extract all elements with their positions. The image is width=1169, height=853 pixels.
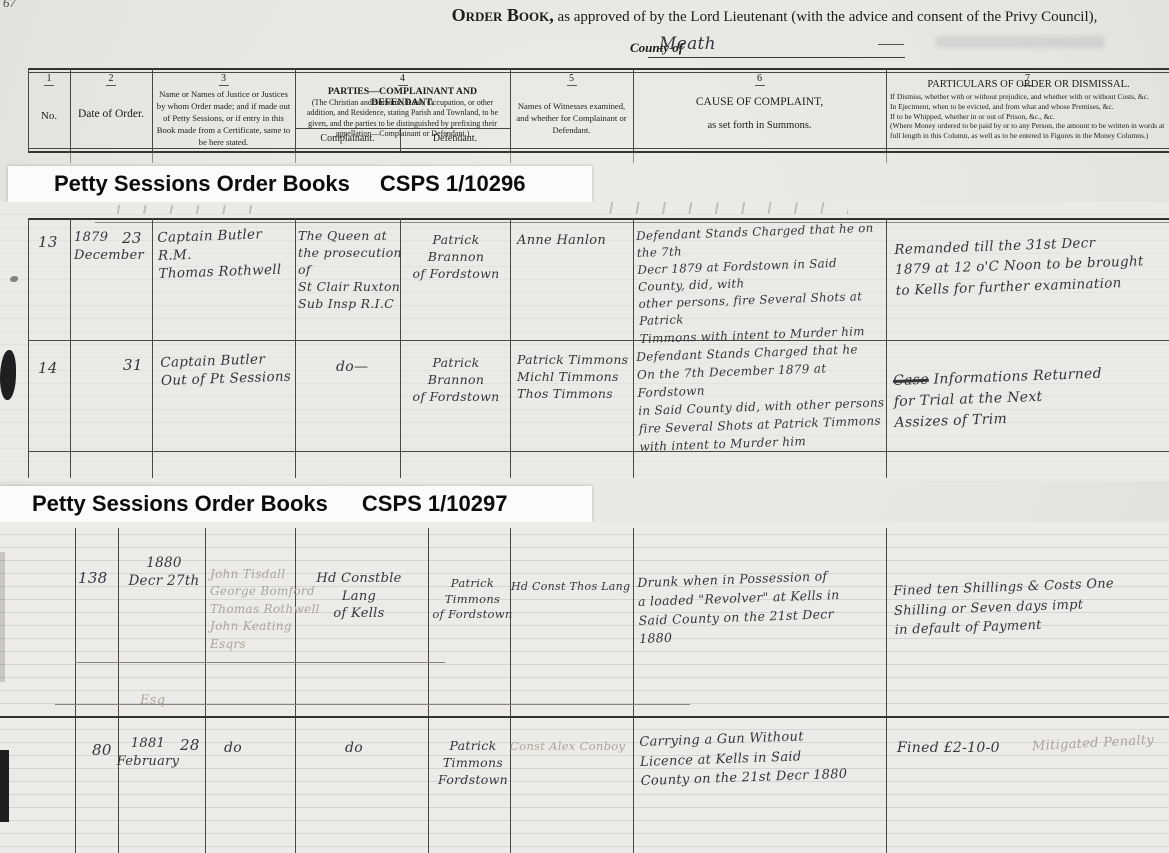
entry-cause: Defendant Stands Charged that he on the … <box>636 219 888 347</box>
entry-defendant: Patrick Timmons Fordstown <box>428 738 518 789</box>
header-col2-number: 2 <box>70 73 152 86</box>
entry-order: Fined £2-10-0 <box>897 739 1000 758</box>
grid-vline-stub <box>510 152 511 163</box>
grid-vline-stub <box>886 152 887 163</box>
header-col4-number: 4 <box>295 73 510 86</box>
grid-hline <box>0 716 1169 718</box>
entry-row-138: 138 1880 Decr 27th John Tisdall George B… <box>0 554 1169 684</box>
entry-cause: Carrying a Gun Without Licence at Kells … <box>639 724 901 792</box>
entry-justices: Captain Butler R.M. Thomas Rothwell <box>157 224 299 284</box>
order-book-scan: 67 Order Book, as approved of by the Lor… <box>0 0 1169 853</box>
entry-justices: Captain Butler Out of Pt Sessions <box>160 349 301 390</box>
entry-date-day: 31 <box>123 355 143 375</box>
handwriting-fragment <box>105 205 255 214</box>
entry-defendant: Patrick Brannon of Fordstown <box>404 355 508 406</box>
entry-no: 13 <box>38 232 58 252</box>
entry-row-13: 13 1879 December 23 Captain Butler R.M. … <box>0 224 1169 340</box>
header-col-order-desc: If Dismiss, whether with or without prej… <box>890 92 1167 141</box>
entry-no: 14 <box>38 358 58 378</box>
stray-dash <box>878 44 904 45</box>
orderbook-title-lead: Order Book, <box>452 5 554 25</box>
header-subcol-defendant: Defendant. <box>400 133 510 144</box>
entry-complainant: do <box>345 739 363 758</box>
entry-order-struck-word: Case <box>893 372 929 389</box>
entry-cause: Defendant Stands Charged that he On the … <box>636 339 890 456</box>
header-col3-number: 3 <box>152 73 295 86</box>
header-col-order-title: PARTICULARS OF ORDER OR DISMISSAL. <box>888 79 1169 90</box>
section-label: Petty Sessions Order Books <box>32 491 328 517</box>
entry-no: 138 <box>78 568 108 588</box>
entry-date-day: 23 <box>122 228 142 248</box>
orderbook-title: Order Book, as approved of by the Lord L… <box>380 5 1169 26</box>
entry-witnesses: Anne Hanlon <box>517 232 606 250</box>
county-underline <box>648 57 905 58</box>
grid-hline <box>28 68 1169 70</box>
grid-vline-stub <box>152 152 153 163</box>
entry-order: Fined ten Shillings & Costs One Shilling… <box>893 572 1169 640</box>
grid-hline <box>95 222 1169 223</box>
entry-row-80: 80 1881 February 28 do do Patrick Timmon… <box>0 730 1169 853</box>
entry-justices: do <box>224 739 242 758</box>
orderbook-title-rest: as approved of by the Lord Lieutenant (w… <box>554 9 1098 25</box>
grid-hline <box>28 151 1169 153</box>
entry-defendant: Patrick Brannon of Fordstown <box>404 232 508 283</box>
header-col-cause-title: CAUSE OF COMPLAINT, <box>633 96 886 108</box>
grid-vline-stub <box>70 152 71 163</box>
section-label: Petty Sessions Order Books <box>54 171 350 197</box>
entry-witnesses: Const Alex Conboy <box>510 739 625 755</box>
header-col6-number: 6 <box>633 73 886 86</box>
entry-no: 80 <box>92 740 112 760</box>
entry-order: Case Informations Returned for Trial at … <box>892 340 1169 434</box>
ledger-crop-10297: 138 1880 Decr 27th John Tisdall George B… <box>0 522 1169 853</box>
entry-complainant: Hd Constble Lang of Kells <box>300 570 418 623</box>
section-label-bar-10297: Petty Sessions Order Books CSPS 1/10297 <box>0 486 592 522</box>
grid-vline-stub <box>295 152 296 163</box>
entry-complainant: do— <box>336 358 368 377</box>
entry-witnesses: Hd Const Thos Lang <box>511 580 630 595</box>
page-number-note: 67 <box>3 0 16 11</box>
entry-order-note: Mitigated Penalty <box>1032 732 1155 756</box>
entry-date-day: 28 <box>180 735 200 755</box>
section-ref: CSPS 1/10297 <box>362 491 508 517</box>
header-col5-number: 5 <box>510 73 633 86</box>
entry-complainant: The Queen at the prosecution of St Clair… <box>298 228 402 312</box>
grid-hline <box>28 340 1169 341</box>
entry-date: 1880 Decr 27th <box>124 554 204 590</box>
grid-hline <box>28 451 1169 452</box>
section-ref: CSPS 1/10296 <box>380 171 526 197</box>
header-col-date: Date of Order. <box>70 108 152 120</box>
entry-date: 1881 February <box>116 735 180 770</box>
ledger-crop-10296: 13 1879 December 23 Captain Butler R.M. … <box>0 202 1169 481</box>
entry-cause: Drunk when in Possession of a loaded "Re… <box>637 565 889 649</box>
handwriting-fragment <box>598 202 848 214</box>
county-value: Meath <box>659 33 716 56</box>
grid-hline <box>28 218 1169 220</box>
ink-bleedthrough <box>935 36 1105 48</box>
entry-defendant: Patrick Timmons of Fordstown <box>430 576 515 623</box>
header-col1-number: 1 <box>28 73 70 86</box>
entry-witnesses: Patrick Timmons Michl Timmons Thos Timmo… <box>517 352 628 403</box>
header-col-cause-desc: as set forth in Summons. <box>633 120 886 131</box>
header-col-justices: Name or Names of Justice or Justices by … <box>155 88 292 148</box>
header-col-no: No. <box>28 110 70 122</box>
grid-vline-stub <box>633 152 634 163</box>
entry-row-14: 14 31 Captain Butler Out of Pt Sessions … <box>0 342 1169 450</box>
entry-order: Remanded till the 31st Decr 1879 at 12 o… <box>894 231 1168 301</box>
header-col-witnesses: Names of Witnesses examined, and whether… <box>512 100 631 136</box>
section-label-bar-10296: Petty Sessions Order Books CSPS 1/10296 <box>8 166 592 202</box>
entry-margin-note: Esq <box>140 692 165 710</box>
header-subcol-complainant: Complainant. <box>295 133 400 144</box>
